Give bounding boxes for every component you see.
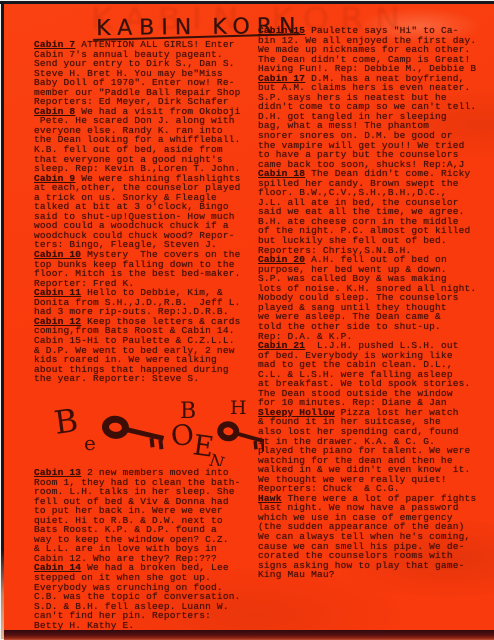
cabin-section: Hawk There were a lot of paper fights la… (258, 494, 494, 580)
cabin-text: We had a visit from Okoboji Pete. He sca… (34, 106, 241, 174)
doodle-letter: O (169, 418, 195, 453)
key-doodle-icon (104, 418, 165, 449)
cabin-text: Keep those letters & cards coming,from B… (34, 316, 241, 384)
cabin-section: Cabin 14 We had a broken bed, Lee steppe… (34, 563, 262, 630)
cabin-section: Cabin 15 Paulette says "Hi" to Ca- bin 1… (258, 26, 494, 74)
cabin-section: Cabin 20 A.H. fell out of bed on purpose… (258, 255, 494, 341)
cabin-text: ATTENTION ALL GIRLS! Enter Cabin 7's ann… (34, 39, 241, 107)
cabin-section: Cabin 8 We had a visit from Okoboji Pete… (34, 107, 262, 174)
cabin-section: Cabin 7 ATTENTION ALL GIRLS! Enter Cabin… (34, 40, 262, 107)
cabin-section: Sleepy Hollow Pizza lost her watch & fou… (258, 408, 494, 494)
doodle-letter: B (52, 401, 81, 442)
cabin-text: We had a broken bed, Lee stepped on it w… (34, 562, 241, 630)
photo: KABIN KORN KABIN KORN Cabin 7 ATTENTION … (0, 0, 494, 640)
left-column-top: Cabin 7 ATTENTION ALL GIRLS! Enter Cabin… (34, 40, 262, 384)
cabin-section: Cabin 12 Keep those letters & cards comi… (34, 317, 262, 384)
cabin-section: Cabin 21 L.J.H. pushed L.S.H. out of bed… (258, 341, 494, 408)
photo-border-bottom (4, 630, 494, 640)
doodle-letter: e (84, 431, 96, 455)
cabin-text: L.J.H. pushed L.S.H. out of bed. Everybo… (258, 340, 470, 408)
cabin-text: A.H. fell out of bed on purpose, her bed… (258, 254, 476, 341)
doodle-area: B e B O E N H (34, 392, 264, 466)
cabin-section: Cabin 9 We were shining flashlights at e… (34, 174, 262, 250)
left-column-bottom: Cabin 13 2 new members moved into Room 1… (34, 468, 262, 630)
handwritten-doodle: B e B O E N H (34, 392, 264, 466)
newsletter-paper: KABIN KORN KABIN KORN Cabin 7 ATTENTION … (4, 4, 494, 630)
cabin-text: We were shining flashlights at each,othe… (34, 173, 241, 251)
cabin-text: There were a lot of paper fights last ni… (258, 493, 476, 580)
cabin-text: Pizza lost her watch & found it in her s… (258, 407, 470, 494)
cabin-section: Cabin 10 Mystery The covers on the top b… (34, 250, 262, 288)
cabin-section: Cabin 11 Hello to Debbie, Kim, & Donita … (34, 288, 262, 317)
doodle-letter: H (230, 397, 247, 419)
right-column: Cabin 15 Paulette says "Hi" to Ca- bin 1… (258, 26, 494, 580)
cabin-text: D.M. has a neat boyfriend, but A.M. clai… (258, 73, 476, 170)
cabin-text: 2 new members moved into Room 1, they ha… (34, 467, 241, 564)
cabin-section: Cabin 18 The Dean didn't come. Ricky spi… (258, 169, 494, 255)
cabin-section: Cabin 13 2 new members moved into Room 1… (34, 468, 262, 563)
cabin-section: Cabin 17 D.M. has a neat boyfriend, but … (258, 74, 494, 169)
cabin-text: The Dean didn't come. Ricky spilled her … (258, 168, 470, 255)
